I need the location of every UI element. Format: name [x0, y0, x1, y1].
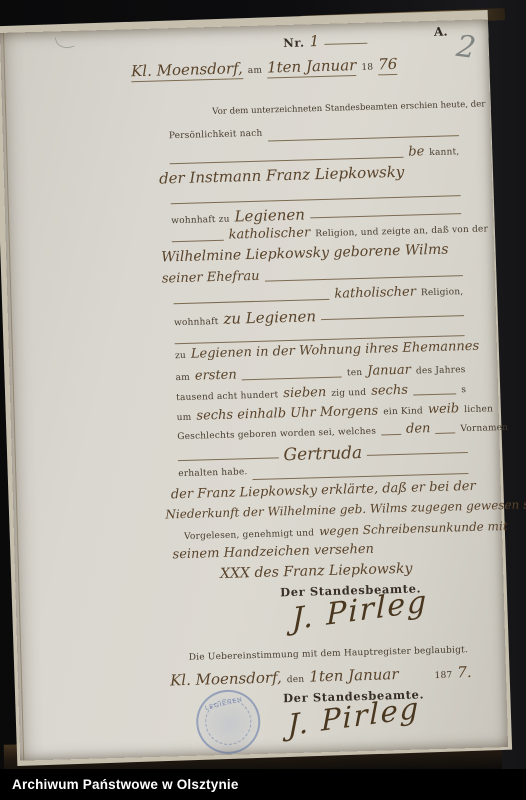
handwritten-text: ersten: [195, 367, 237, 383]
printed-text: am: [175, 373, 190, 383]
handwritten-text: 1ten Januar: [267, 56, 357, 78]
handwritten-text: wegen Schreibensunkunde mit: [319, 519, 508, 538]
handwritten-text: weib: [428, 401, 460, 417]
form-line: Niederkunft der Wilhelmine geb. Wilms zu…: [165, 499, 469, 523]
corner-letter: A.: [434, 24, 448, 38]
handwritten-text: katholischer: [334, 284, 416, 301]
scanned-register-photo: A. 2 Nr.1Kl. Moensdorf,am1ten Januar1876…: [0, 0, 526, 800]
printed-text: Vornamen: [460, 423, 508, 434]
ruled-line: [381, 434, 401, 436]
ruled-line: [436, 432, 456, 434]
ruled-line: [242, 377, 342, 381]
form-line: XXX des Franz Liepkowsky: [220, 559, 470, 582]
printed-text: Religion, und zeigte an, daß von der: [315, 224, 488, 239]
handwritten-text: seiner Ehefrau: [162, 269, 260, 287]
ruled-line: [324, 43, 367, 45]
handwritten-text: Gertruda: [283, 443, 362, 465]
handwritten-text: sechs einhalb Uhr Morgens: [196, 404, 378, 424]
printed-text: zu: [175, 351, 186, 361]
printed-text: tausend acht hundert: [176, 390, 278, 403]
printed-text: 18: [361, 63, 373, 73]
ruled-line: [172, 240, 224, 242]
printed-text: Die Uebereinstimmung mit dem Hauptregist…: [189, 645, 468, 663]
handwritten-text: sechs: [371, 383, 408, 399]
pencil-page-number: 2: [454, 29, 477, 66]
ruled-line: [265, 275, 463, 282]
handwritten-text: 1: [309, 32, 319, 50]
printed-text: des Jahres: [416, 365, 466, 376]
handwritten-text: 76: [378, 55, 398, 76]
handwritten-text: Wilhelmine Liepkowsky geborene Wilms: [161, 242, 449, 266]
handwritten-text: Januar: [367, 363, 411, 379]
form-line: Vor dem unterzeichneten Standesbeamten e…: [212, 100, 454, 123]
printed-text: s: [461, 385, 466, 395]
spacer: [404, 677, 430, 679]
handwritten-text: katholischer: [228, 225, 310, 242]
ruled-line: [268, 135, 459, 141]
handwritten-text: XXX des Franz Liepkowsky: [220, 561, 413, 582]
archive-watermark-bar: Archiwum Państwowe w Olsztynie: [0, 769, 526, 800]
printed-text: um: [177, 413, 192, 423]
round-ink-stamp: LEGIENEN: [190, 683, 267, 760]
handwritten-text: seinem Handzeichen versehen: [172, 542, 374, 563]
form-line: Nr.1: [283, 31, 367, 49]
handwritten-text: Kl. Moensdorf,: [131, 59, 243, 82]
archive-watermark-label: Archiwum Państwowe w Olsztynie: [12, 777, 239, 792]
handwritten-text: den: [406, 421, 431, 437]
ruled-line: [367, 452, 468, 456]
ruled-line: [174, 299, 330, 304]
ruled-line: [413, 393, 456, 395]
printed-text: den: [287, 675, 305, 685]
handwritten-text: 7.: [457, 663, 472, 681]
form-line: Kl. Moensdorf,am1ten Januar1876: [131, 53, 449, 78]
handwritten-text: Legienen: [234, 206, 305, 226]
printed-text: Vorgelesen, genehmigt und: [184, 528, 314, 542]
handwritten-text: be: [408, 144, 424, 159]
pencil-scribble: [55, 33, 75, 51]
register-page: A. 2 Nr.1Kl. Moensdorf,am1ten Januar1876…: [0, 19, 508, 760]
handwritten-text: 1ten Januar: [309, 665, 399, 685]
printed-text: Persönlichkeit nach: [169, 129, 263, 142]
stamp-text: LEGIENEN: [194, 694, 254, 714]
handwritten-text: sieben: [283, 385, 326, 401]
printed-text: am: [248, 66, 263, 76]
printed-text: erhalten habe.: [178, 467, 247, 479]
printed-text: lichen: [464, 404, 493, 415]
printed-text: wohnhaft zu: [171, 215, 230, 227]
printed-text: ein Kind: [383, 406, 423, 417]
printed-text: 187: [434, 671, 452, 681]
printed-text: zig und: [331, 388, 366, 399]
ruled-line: [178, 457, 279, 461]
printed-text: ten: [347, 368, 363, 378]
ruled-line: [321, 315, 464, 320]
printed-text: kannt,: [429, 147, 459, 158]
ruled-line: [310, 213, 461, 218]
printed-text: Geschlechts geboren worden sei, welches: [177, 427, 376, 443]
printed-text: Religion,: [421, 287, 464, 298]
printed-text: wohnhaft: [174, 317, 219, 328]
form-line: Gertruda: [178, 440, 468, 464]
form-line: Wilhelmine Liepkowsky geborene Wilms: [161, 241, 461, 265]
printed-text: Vor dem unterzeichneten Standesbeamten e…: [212, 99, 486, 117]
handwritten-text: zu Legienen: [223, 307, 316, 328]
printed-heading: Nr.: [283, 35, 305, 50]
handwritten-text: Kl. Moensdorf,: [170, 668, 282, 689]
